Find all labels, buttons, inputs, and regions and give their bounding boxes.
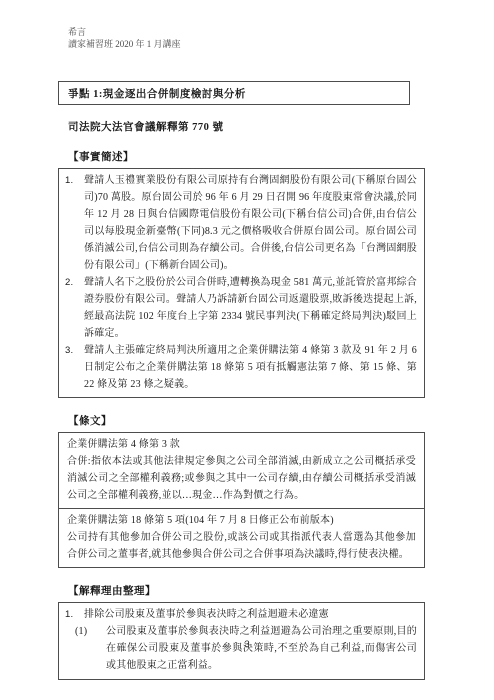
facts-box: 1. 聲請人玉禮實業股份有限公司原持有台灣固網股份有限公司(下稱原台固公司)70… <box>58 168 425 398</box>
interpretation-number: 司法院大法官會議解釋第 770 號 <box>68 119 425 134</box>
statutes-box: 企業併購法第 4 條第 3 款 合併:指依本法或其他法律規定參與之公司全部消滅,… <box>58 432 425 568</box>
fact-text: 聲請人玉禮實業股份有限公司原持有台灣固網股份有限公司(下稱原台固公司)70 萬股… <box>84 172 417 274</box>
reason-title: 排除公司股東及董事於參與表決時之利益迴避未必違憲 <box>84 606 417 623</box>
reason-body: 排除公司股東及董事於參與表決時之利益迴避未必違憲 <box>84 606 417 623</box>
statutes-heading: 【條文】 <box>68 413 425 428</box>
issue-title: 爭點 1:現金逐出合併制度檢討與分析 <box>68 89 246 100</box>
reason-point: 1. 排除公司股東及董事於參與表決時之利益迴避未必違憲 <box>65 606 417 623</box>
statute-body: 合併:指依本法或其他法律規定參與之公司全部消滅,由新成立之公司概括承受消滅公司之… <box>67 453 416 504</box>
fact-number: 3. <box>65 342 84 393</box>
reason-number: 1. <box>65 606 84 623</box>
statute-title: 企業併購法第 4 條第 3 款 <box>67 436 416 453</box>
page-number: 3 <box>0 639 494 650</box>
fact-item: 3. 聲請人主張確定終局判決所適用之企業併購法第 4 條第 3 款及 91 年 … <box>65 342 417 393</box>
author-name: 希言 <box>68 26 425 38</box>
issue-title-box: 爭點 1:現金逐出合併制度檢討與分析 <box>58 81 410 105</box>
reasons-heading: 【解釋理由整理】 <box>68 583 425 598</box>
statute-title: 企業併購法第 18 條第 5 項(104 年 7 月 8 日修正公布前版本) <box>67 512 416 529</box>
document-header: 希言 讀家補習班 2020 年 1 月講座 <box>68 26 425 50</box>
fact-number: 2. <box>65 274 84 342</box>
document-page: 希言 讀家補習班 2020 年 1 月講座 爭點 1:現金逐出合併制度檢討與分析… <box>0 0 494 700</box>
facts-heading: 【事實簡述】 <box>68 149 425 164</box>
fact-item: 2. 聲請人名下之股份於公司合併時,遭轉換為現金 581 萬元,並託管於富邦綜合… <box>65 274 417 342</box>
fact-text: 聲請人名下之股份於公司合併時,遭轉換為現金 581 萬元,並託管於富邦綜合證券股… <box>84 274 417 342</box>
fact-text: 聲請人主張確定終局判決所適用之企業併購法第 4 條第 3 款及 91 年 2 月… <box>84 342 417 393</box>
fact-number: 1. <box>65 172 84 274</box>
statute-entry: 企業併購法第 4 條第 3 款 合併:指依本法或其他法律規定參與之公司全部消滅,… <box>59 433 424 508</box>
course-title: 讀家補習班 2020 年 1 月講座 <box>68 38 425 50</box>
statute-body: 公司持有其他參加合併公司之股份,或該公司或其指派代表人當選為其他參加合併公司之董… <box>67 529 416 563</box>
statute-entry: 企業併購法第 18 條第 5 項(104 年 7 月 8 日修正公布前版本) 公… <box>59 508 424 567</box>
fact-item: 1. 聲請人玉禮實業股份有限公司原持有台灣固網股份有限公司(下稱原台固公司)70… <box>65 172 417 274</box>
